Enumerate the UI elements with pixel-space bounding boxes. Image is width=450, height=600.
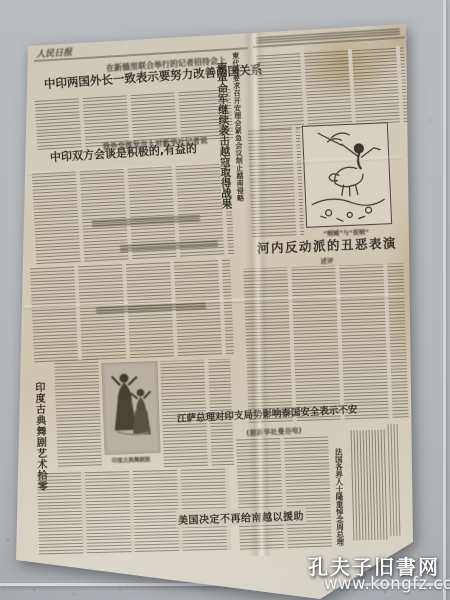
- hanoi-headline: 河内反动派的丑恶表演: [257, 233, 398, 257]
- newspaper-page: 人民日报 在新德里联合举行的记者招待会上 中印两国外长一致表示要努力改善两国关系…: [0, 0, 450, 600]
- hanoi-byline: 述评: [312, 255, 342, 265]
- photo-of-newspaper-listing: 人民日报 在新德里联合举行的记者招待会上 中印两国外长一致表示要努力改善两国关系…: [0, 0, 450, 600]
- france-headline-vertical: 法国各界人士隆重悼念周总理: [333, 448, 346, 544]
- political-cartoon-illustration: [302, 122, 392, 228]
- dancers-photo-caption: 印度古典舞剧照: [100, 455, 162, 465]
- dance-body-text-left: [54, 359, 102, 466]
- right-bottom-body-text: [351, 430, 388, 541]
- kongfz-watermark-url: www.kongfz.com: [324, 574, 450, 593]
- dancers-photo: [102, 362, 159, 454]
- right-bottom-bold-column: [388, 424, 402, 536]
- dance-headline-vertical: 印度古典舞剧艺术拾零: [31, 382, 49, 480]
- right-top-body-text: [256, 46, 408, 130]
- newspaper-page-wrap: 人民日报 在新德里联合举行的记者招待会上 中印两国外长一致表示要努力改善两国关系…: [0, 0, 450, 600]
